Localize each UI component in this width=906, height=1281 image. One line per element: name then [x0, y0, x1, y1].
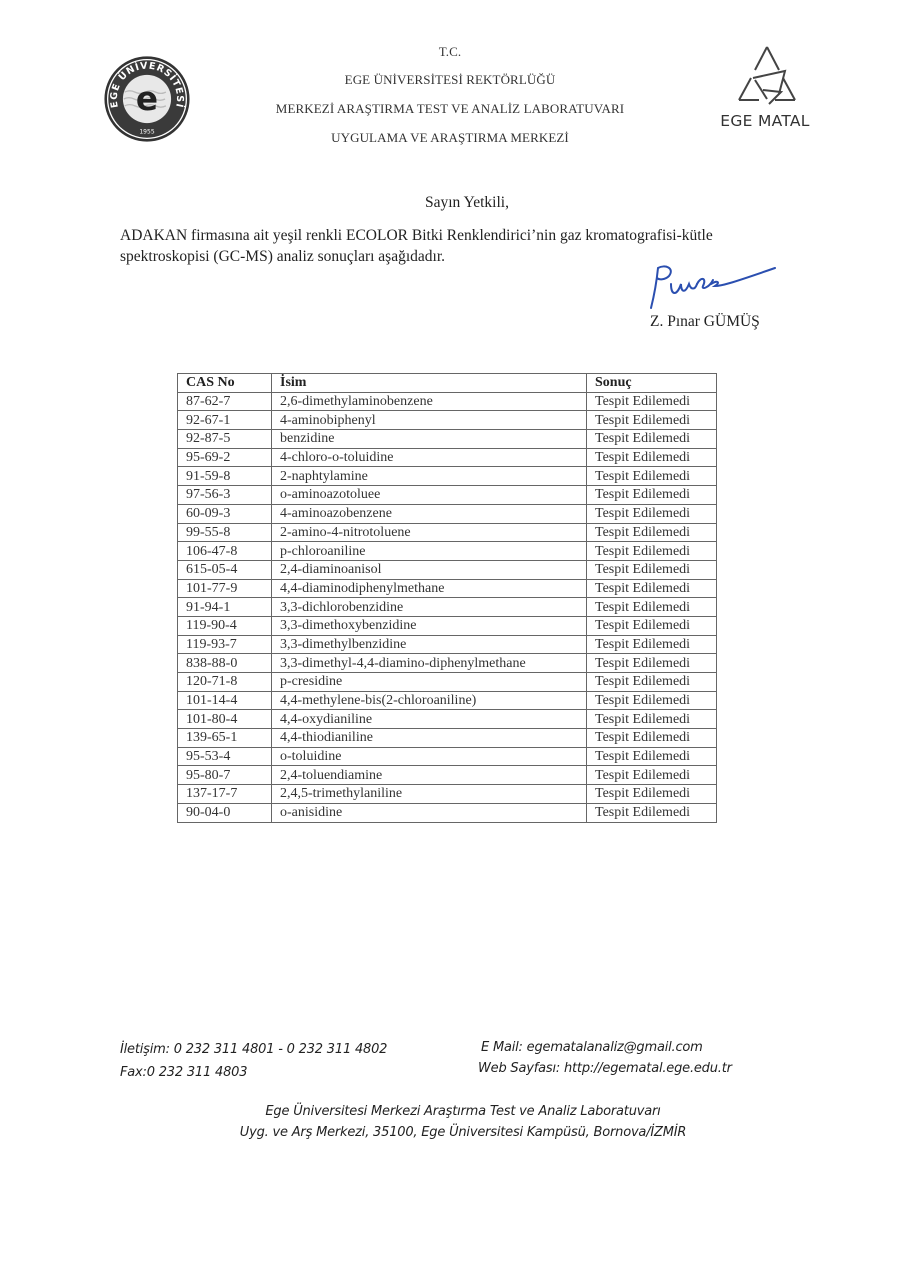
cell-name: 2,6-dimethylaminobenzene — [272, 392, 587, 411]
svg-text:1955: 1955 — [139, 128, 154, 135]
cell-result: Tespit Edilemedi — [587, 542, 717, 561]
table-row: 95-53-4o-toluidineTespit Edilemedi — [178, 747, 717, 766]
cell-cas-no: 91-59-8 — [178, 467, 272, 486]
table-row: 95-69-24-chloro-o-toluidineTespit Edilem… — [178, 448, 717, 467]
brand-logo-text: EGE MATAL — [705, 112, 825, 130]
cell-name: 3,3-dichlorobenzidine — [272, 598, 587, 617]
footer-phone: İletişim: 0 232 311 4801 - 0 232 311 480… — [120, 1042, 387, 1057]
table-header-row: CAS No İsim Sonuç — [178, 374, 717, 393]
footer-address-line-1: Ege Üniversitesi Merkezi Araştırma Test … — [0, 1104, 906, 1119]
gcms-results-table: CAS No İsim Sonuç 87-62-72,6-dimethylami… — [177, 373, 717, 823]
cell-cas-no: 92-67-1 — [178, 411, 272, 430]
cell-result: Tespit Edilemedi — [587, 560, 717, 579]
cell-cas-no: 120-71-8 — [178, 673, 272, 692]
table-row: 90-04-0o-anisidineTespit Edilemedi — [178, 803, 717, 822]
cell-cas-no: 139-65-1 — [178, 729, 272, 748]
intro-paragraph-line-1: ADAKAN firmasına ait yeşil renkli ECOLOR… — [120, 227, 713, 245]
cell-result: Tespit Edilemedi — [587, 523, 717, 542]
table-row: 838-88-03,3-dimethyl-4,4-diamino-dipheny… — [178, 654, 717, 673]
cell-result: Tespit Edilemedi — [587, 673, 717, 692]
cell-name: 3,3-dimethyl-4,4-diamino-diphenylmethane — [272, 654, 587, 673]
header-center: UYGULAMA VE ARAŞTIRMA MERKEZİ — [200, 130, 700, 146]
signature-icon — [645, 262, 780, 312]
cell-result: Tespit Edilemedi — [587, 430, 717, 449]
university-seal-logo: EGE ÜNİVERSİTESİ 1955 e — [104, 56, 190, 142]
table-row: 92-87-5benzidineTespit Edilemedi — [178, 430, 717, 449]
header-tc: T.C. — [200, 44, 700, 60]
cell-name: 4,4-oxydianiline — [272, 710, 587, 729]
table-row: 99-55-82-amino-4-nitrotolueneTespit Edil… — [178, 523, 717, 542]
footer-email[interactable]: E Mail: egematalanaliz@gmail.com — [481, 1040, 703, 1055]
cell-cas-no: 101-77-9 — [178, 579, 272, 598]
cell-name: 3,3-dimethylbenzidine — [272, 635, 587, 654]
cell-name: 3,3-dimethoxybenzidine — [272, 616, 587, 635]
cell-name: 4-aminoazobenzene — [272, 504, 587, 523]
cell-cas-no: 106-47-8 — [178, 542, 272, 561]
cell-name: 2-amino-4-nitrotoluene — [272, 523, 587, 542]
cell-name: 4,4-methylene-bis(2-chloroaniline) — [272, 691, 587, 710]
table-row: 119-90-43,3-dimethoxybenzidineTespit Edi… — [178, 616, 717, 635]
table-row: 92-67-14-aminobiphenylTespit Edilemedi — [178, 411, 717, 430]
cell-result: Tespit Edilemedi — [587, 691, 717, 710]
salutation: Sayın Yetkili, — [0, 194, 906, 212]
table-row: 97-56-3o-aminoazotolueeTespit Edilemedi — [178, 486, 717, 505]
cell-result: Tespit Edilemedi — [587, 654, 717, 673]
footer-fax: Fax:0 232 311 4803 — [120, 1065, 247, 1080]
cell-result: Tespit Edilemedi — [587, 747, 717, 766]
cell-result: Tespit Edilemedi — [587, 411, 717, 430]
cell-result: Tespit Edilemedi — [587, 766, 717, 785]
table-row: 137-17-72,4,5-trimethylanilineTespit Edi… — [178, 785, 717, 804]
column-header-name: İsim — [272, 374, 587, 393]
cell-cas-no: 95-69-2 — [178, 448, 272, 467]
cell-cas-no: 119-93-7 — [178, 635, 272, 654]
cell-name: o-anisidine — [272, 803, 587, 822]
cell-name: 4-chloro-o-toluidine — [272, 448, 587, 467]
cell-cas-no: 137-17-7 — [178, 785, 272, 804]
cell-name: 2,4,5-trimethylaniline — [272, 785, 587, 804]
cell-cas-no: 101-14-4 — [178, 691, 272, 710]
cell-name: 4-aminobiphenyl — [272, 411, 587, 430]
cell-cas-no: 91-94-1 — [178, 598, 272, 617]
cell-result: Tespit Edilemedi — [587, 710, 717, 729]
table-row: 91-94-13,3-dichlorobenzidineTespit Edile… — [178, 598, 717, 617]
column-header-result: Sonuç — [587, 374, 717, 393]
cell-result: Tespit Edilemedi — [587, 635, 717, 654]
intro-paragraph-line-2: spektroskopisi (GC-MS) analiz sonuçları … — [120, 248, 445, 266]
cell-cas-no: 615-05-4 — [178, 560, 272, 579]
header-lab-name: MERKEZİ ARAŞTIRMA TEST VE ANALİZ LABORAT… — [200, 101, 700, 117]
signatory-name: Z. Pınar GÜMÜŞ — [650, 313, 760, 331]
table-row: 60-09-34-aminoazobenzeneTespit Edilemedi — [178, 504, 717, 523]
cell-result: Tespit Edilemedi — [587, 616, 717, 635]
cell-cas-no: 95-53-4 — [178, 747, 272, 766]
cell-name: benzidine — [272, 430, 587, 449]
cell-cas-no: 60-09-3 — [178, 504, 272, 523]
cell-result: Tespit Edilemedi — [587, 803, 717, 822]
table-row: 120-71-8p-cresidineTespit Edilemedi — [178, 673, 717, 692]
cell-cas-no: 92-87-5 — [178, 430, 272, 449]
table-row: 139-65-14,4-thiodianilineTespit Edilemed… — [178, 729, 717, 748]
cell-cas-no: 99-55-8 — [178, 523, 272, 542]
cell-cas-no: 119-90-4 — [178, 616, 272, 635]
table-row: 106-47-8p-chloroanilineTespit Edilemedi — [178, 542, 717, 561]
cell-name: p-cresidine — [272, 673, 587, 692]
table-row: 101-80-44,4-oxydianilineTespit Edilemedi — [178, 710, 717, 729]
cell-cas-no: 101-80-4 — [178, 710, 272, 729]
cell-name: o-toluidine — [272, 747, 587, 766]
cell-result: Tespit Edilemedi — [587, 729, 717, 748]
table-row: 91-59-82-naphtylamineTespit Edilemedi — [178, 467, 717, 486]
table-row: 615-05-42,4-diaminoanisolTespit Edilemed… — [178, 560, 717, 579]
table-row: 119-93-73,3-dimethylbenzidineTespit Edil… — [178, 635, 717, 654]
cell-name: 2,4-diaminoanisol — [272, 560, 587, 579]
cell-cas-no: 90-04-0 — [178, 803, 272, 822]
cell-result: Tespit Edilemedi — [587, 392, 717, 411]
cell-result: Tespit Edilemedi — [587, 785, 717, 804]
column-header-cas-no: CAS No — [178, 374, 272, 393]
cell-result: Tespit Edilemedi — [587, 598, 717, 617]
table-row: 101-14-44,4-methylene-bis(2-chloroanilin… — [178, 691, 717, 710]
cell-cas-no: 838-88-0 — [178, 654, 272, 673]
cell-name: p-chloroaniline — [272, 542, 587, 561]
cell-name: 2,4-toluendiamine — [272, 766, 587, 785]
cell-cas-no: 97-56-3 — [178, 486, 272, 505]
cell-cas-no: 95-80-7 — [178, 766, 272, 785]
cell-result: Tespit Edilemedi — [587, 467, 717, 486]
cell-name: o-aminoazotoluee — [272, 486, 587, 505]
cell-result: Tespit Edilemedi — [587, 486, 717, 505]
header-rectorate: EGE ÜNİVERSİTESİ REKTÖRLÜĞÜ — [200, 72, 700, 88]
footer-address-line-2: Uyg. ve Arş Merkezi, 35100, Ege Üniversi… — [0, 1125, 906, 1140]
cell-result: Tespit Edilemedi — [587, 448, 717, 467]
cell-result: Tespit Edilemedi — [587, 579, 717, 598]
cell-name: 2-naphtylamine — [272, 467, 587, 486]
cell-name: 4,4-thiodianiline — [272, 729, 587, 748]
table-row: 95-80-72,4-toluendiamineTespit Edilemedi — [178, 766, 717, 785]
svg-text:e: e — [136, 80, 158, 118]
table-row: 87-62-72,6-dimethylaminobenzeneTespit Ed… — [178, 392, 717, 411]
cell-name: 4,4-diaminodiphenylmethane — [272, 579, 587, 598]
footer-website[interactable]: Web Sayfası: http://egematal.ege.edu.tr — [478, 1061, 732, 1076]
table-row: 101-77-94,4-diaminodiphenylmethaneTespit… — [178, 579, 717, 598]
cell-cas-no: 87-62-7 — [178, 392, 272, 411]
cell-result: Tespit Edilemedi — [587, 504, 717, 523]
